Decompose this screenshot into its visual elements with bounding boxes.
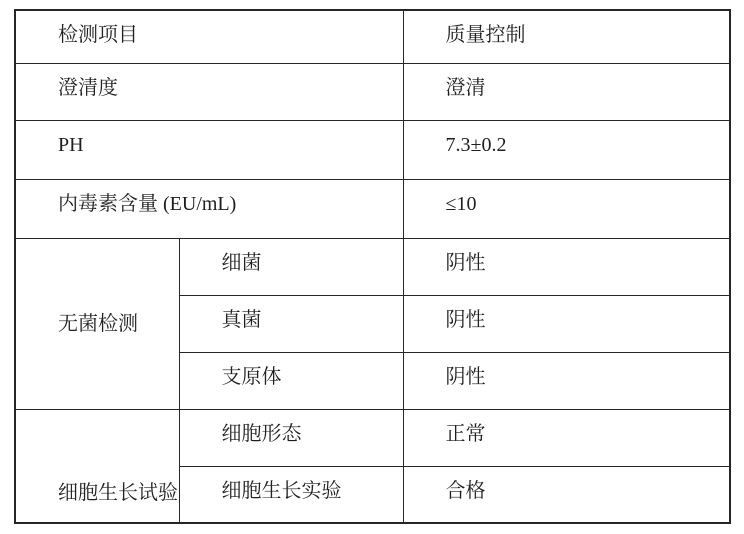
table-row-clarity: 澄清度 澄清: [15, 63, 730, 120]
table-row-morphology: 细胞生长试验 细胞形态 正常: [15, 409, 730, 466]
cell-bacteria-value: 阴性: [403, 238, 730, 295]
cell-fungi-value: 阴性: [403, 295, 730, 352]
table-header-row: 检测项目 质量控制: [15, 10, 730, 63]
cell-endotoxin-item: 内毒素含量 (EU/mL): [15, 179, 403, 238]
cell-morphology-item: 细胞形态: [179, 409, 403, 466]
cell-ph-value: 7.3±0.2: [403, 120, 730, 179]
cell-mycoplasma-item: 支原体: [179, 352, 403, 409]
cell-growth-test-value: 合格: [403, 466, 730, 523]
table-row-endotoxin: 内毒素含量 (EU/mL) ≤10: [15, 179, 730, 238]
cell-growth-test-item: 细胞生长实验: [179, 466, 403, 523]
header-cell-test-item: 检测项目: [15, 10, 403, 63]
cell-growth-group-label: 细胞生长试验: [15, 409, 179, 523]
cell-clarity-item: 澄清度: [15, 63, 403, 120]
cell-mycoplasma-value: 阴性: [403, 352, 730, 409]
table-row-ph: PH 7.3±0.2: [15, 120, 730, 179]
cell-sterility-group-label: 无菌检测: [15, 238, 179, 409]
cell-ph-item: PH: [15, 120, 403, 179]
cell-morphology-value: 正常: [403, 409, 730, 466]
table-row-bacteria: 无菌检测 细菌 阴性: [15, 238, 730, 295]
header-cell-quality-control: 质量控制: [403, 10, 730, 63]
quality-control-table: 检测项目 质量控制 澄清度 澄清 PH 7.3±0.2 内毒素含量 (EU/mL…: [14, 9, 731, 524]
cell-bacteria-item: 细菌: [179, 238, 403, 295]
cell-clarity-value: 澄清: [403, 63, 730, 120]
cell-endotoxin-value: ≤10: [403, 179, 730, 238]
cell-fungi-item: 真菌: [179, 295, 403, 352]
